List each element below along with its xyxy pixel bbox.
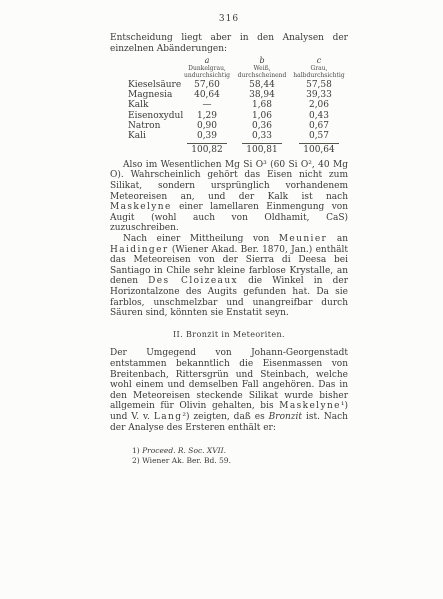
paragraph-bronzit: Der Umgegend von Johann-Georgenstadt ent…	[110, 348, 348, 433]
section-heading: II. Bronzit in Meteoriten.	[110, 330, 348, 341]
total-c: 100,64	[299, 143, 339, 155]
table-total-row: 100,82 100,81 100,64	[110, 143, 348, 155]
name-maskelyne-2: Maskelyne	[279, 401, 341, 411]
footnote-2: 2) Wiener Ak. Ber. Bd. 59.	[132, 456, 348, 466]
table-row: Magnesia 40,64 38,94 39,33	[110, 90, 348, 100]
table-row: Kalk — 1,68 2,06	[110, 100, 348, 110]
name-haidinger: Haidinger	[110, 245, 169, 255]
page-content: 316 Entscheidung liegt aber in den Analy…	[110, 14, 348, 465]
name-maskelyne: Maskelyne	[110, 202, 172, 212]
column-letter-c: c	[290, 57, 348, 65]
paragraph-wesentlich: Also im Wesentlichen Mg Si O³ (60 Si O²,…	[110, 160, 348, 234]
footnotes: 1) Proceed. R. Soc. XVII. 2) Wiener Ak. …	[110, 446, 348, 465]
column-desc-c: Grau, halbdurchsichtig	[290, 66, 348, 80]
body-text: Entscheidung liegt aber in den Analysen …	[110, 33, 348, 465]
paragraph-mittheilung: Nach einer Mittheilung von Meunier an Ha…	[110, 234, 348, 319]
column-desc-a: Dunkelgrau, undurchsichtig	[180, 66, 234, 80]
table-desc-row: Dunkelgrau, undurchsichtig Weiß, durchsc…	[110, 66, 348, 80]
page-number: 316	[110, 14, 348, 24]
analysis-table: a b c Dunkelgrau, undurchsichtig Weiß, d…	[110, 57, 348, 155]
name-meunier: Meunier	[279, 234, 327, 244]
table-row: Kali 0,39 0,33 0,57	[110, 131, 348, 141]
total-b: 100,81	[242, 143, 282, 155]
term-bronzit: Bronzit	[269, 412, 302, 422]
intro-paragraph: Entscheidung liegt aber in den Analysen …	[110, 33, 348, 54]
name-lang: Lang	[154, 412, 183, 422]
table-row: Eisenoxydul 1,29 1,06 0,43	[110, 111, 348, 121]
footnote-1: 1) Proceed. R. Soc. XVII.	[132, 446, 348, 456]
table-letter-row: a b c	[110, 57, 348, 65]
scanned-page: 316 Entscheidung liegt aber in den Analy…	[0, 0, 443, 599]
table-row: Natron 0,90 0,36 0,67	[110, 121, 348, 131]
column-letter-a: a	[180, 57, 234, 65]
name-des-cloizeaux: Des Cloizeaux	[148, 276, 238, 286]
table-row: Kieselsäure 57,60 58,44 57,58	[110, 80, 348, 90]
total-a: 100,82	[187, 143, 227, 155]
column-letter-b: b	[234, 57, 290, 65]
column-desc-b: Weiß, durchscheinend	[234, 66, 290, 80]
